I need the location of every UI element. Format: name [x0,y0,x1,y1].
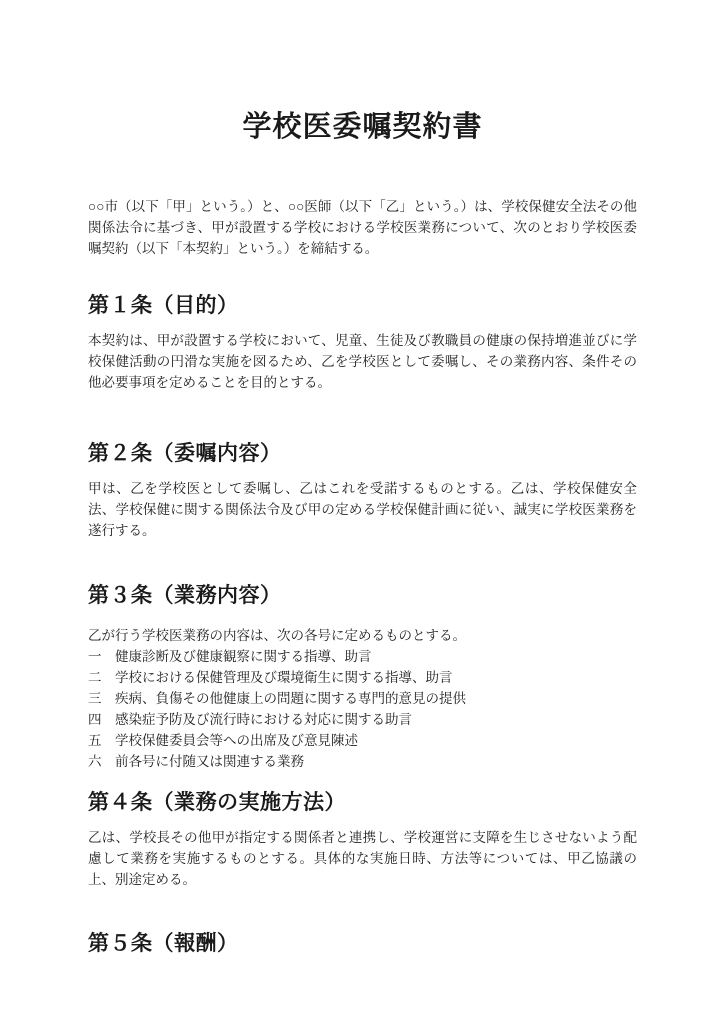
section-4-body: 乙は、学校長その他甲が指定する関係者と連携し、学校運営に支障を生じさせないよう配… [88,827,637,890]
duty-list-item-1: 一 健康診断及び健康観察に関する指導、助言 [88,646,637,667]
duty-list-item-2: 二 学校における保健管理及び環境衛生に関する指導、助言 [88,667,637,688]
section-1-body: 本契約は、甲が設置する学校において、児童、生徒及び教職員の健康の保持増進並びに学… [88,330,637,393]
document-content: 学校医委嘱契約書 ○○市（以下「甲」という。）と、○○医師（以下「乙」という。）… [0,0,724,954]
section-5-heading: 第５条（報酬） [88,933,637,954]
section-2-heading: 第２条（委嘱内容） [88,443,637,464]
intro-paragraph: ○○市（以下「甲」という。）と、○○医師（以下「乙」という。）は、学校保健安全法… [88,196,637,259]
section-3-heading: 第３条（業務内容） [88,585,637,606]
contract-document-page: 学校医委嘱契約書 ○○市（以下「甲」という。）と、○○医師（以下「乙」という。）… [0,0,724,1024]
duty-list: 一 健康診断及び健康観察に関する指導、助言 二 学校における保健管理及び環境衛生… [88,646,637,772]
section-4-heading: 第４条（業務の実施方法） [88,792,637,813]
section-1-heading: 第１条（目的） [88,295,637,316]
section-3-body: 乙が行う学校医業務の内容は、次の各号に定めるものとする。 [88,625,637,646]
duty-list-item-3: 三 疾病、負傷その他健康上の問題に関する専門的意見の提供 [88,688,637,709]
document-title: 学校医委嘱契約書 [88,0,637,144]
section-2-body: 甲は、乙を学校医として委嘱し、乙はこれを受諾するものとする。乙は、学校保健安全法… [88,478,637,541]
duty-list-item-5: 五 学校保健委員会等への出席及び意見陳述 [88,730,637,751]
duty-list-item-4: 四 感染症予防及び流行時における対応に関する助言 [88,709,637,730]
duty-list-item-6: 六 前各号に付随又は関連する業務 [88,751,637,772]
